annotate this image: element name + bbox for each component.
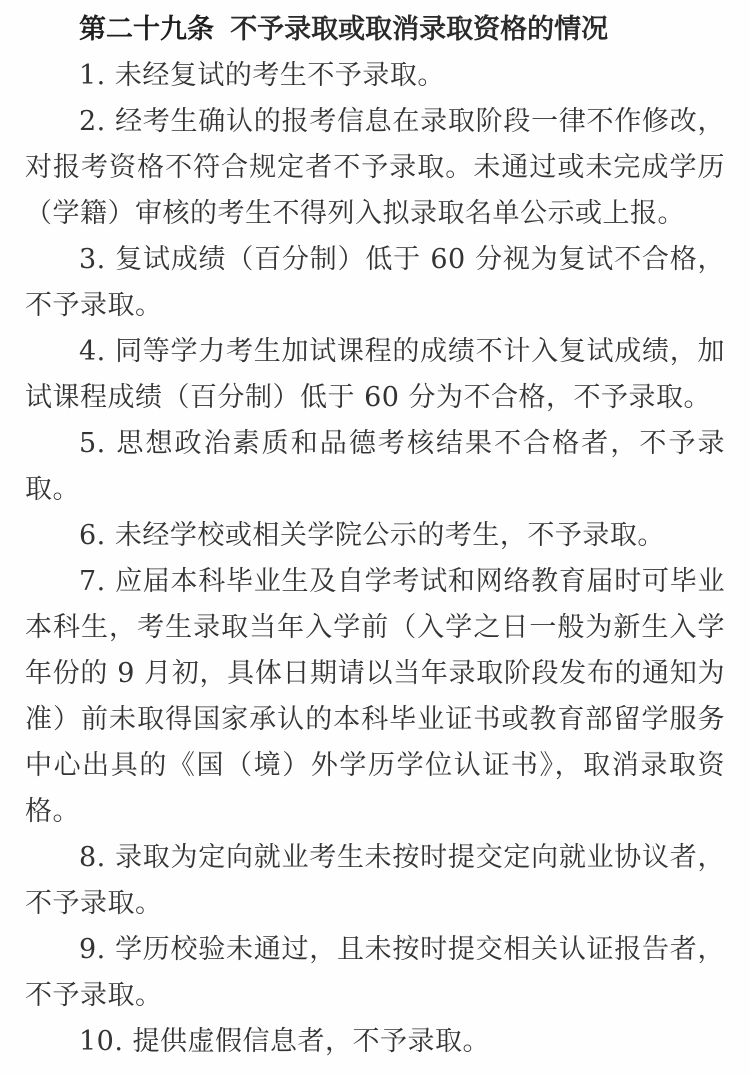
clause-item-6: 6. 未经学校或相关学院公示的考生，不予录取。 [25,513,725,559]
document-page: 第二十九条不予录取或取消录取资格的情况 1. 未经复试的考生不予录取。 2. 经… [0,0,750,1075]
clause-item-3: 3. 复试成绩（百分制）低于 60 分视为复试不合格，不予录取。 [25,237,725,329]
section-title: 不予录取或取消录取资格的情况 [230,14,608,45]
clause-item-2: 2. 经考生确认的报考信息在录取阶段一律不作修改，对报考资格不符合规定者不予录取… [25,99,725,237]
clause-item-10: 10. 提供虚假信息者，不予录取。 [25,1019,725,1065]
clause-item-4: 4. 同等学力考生加试课程的成绩不计入复试成绩，加试课程成绩（百分制）低于 60… [25,329,725,421]
clause-item-9: 9. 学历校验未通过，且未按时提交相关认证报告者，不予录取。 [25,927,725,1019]
clause-item-7: 7. 应届本科毕业生及自学考试和网络教育届时可毕业本科生，考生录取当年入学前（入… [25,559,725,835]
section-number: 第二十九条 [79,14,214,45]
clause-item-5: 5. 思想政治素质和品德考核结果不合格者，不予录取。 [25,421,725,513]
clause-item-1: 1. 未经复试的考生不予录取。 [25,53,725,99]
clause-item-8: 8. 录取为定向就业考生未按时提交定向就业协议者，不予录取。 [25,835,725,927]
section-heading: 第二十九条不予录取或取消录取资格的情况 [25,7,725,53]
